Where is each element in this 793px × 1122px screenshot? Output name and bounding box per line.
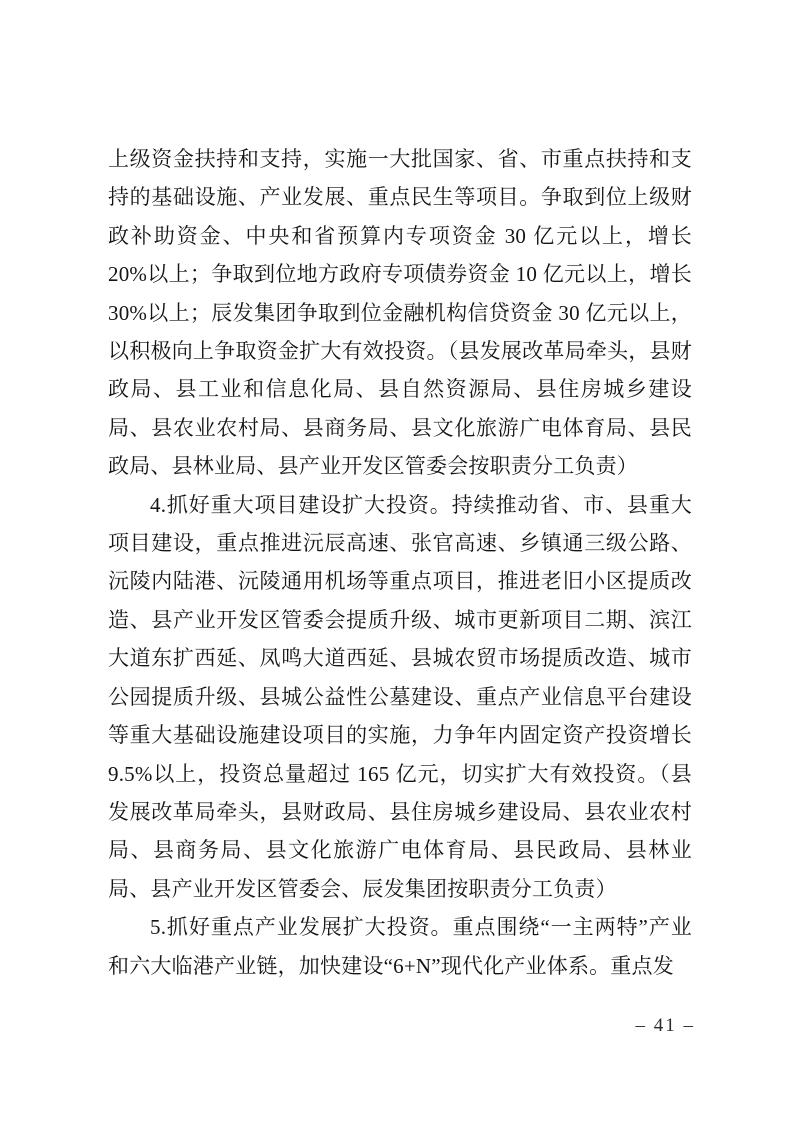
paragraph-continuation: 上级资金扶持和支持，实施一大批国家、省、市重点扶持和支持的基础设施、产业发展、重… [108,140,692,486]
page-number: – 41 – [636,1012,696,1040]
document-page: 上级资金扶持和支持，实施一大批国家、省、市重点扶持和支持的基础设施、产业发展、重… [0,0,793,1122]
paragraph-item-4: 4.抓好重大项目建设扩大投资。持续推动省、市、县重大项目建设，重点推进沅辰高速、… [108,486,692,908]
paragraph-item-5: 5.抓好重点产业发展扩大投资。重点围绕“一主两特”产业和六大临港产业链，加快建设… [108,908,692,985]
document-body: 上级资金扶持和支持，实施一大批国家、省、市重点扶持和支持的基础设施、产业发展、重… [108,140,692,985]
